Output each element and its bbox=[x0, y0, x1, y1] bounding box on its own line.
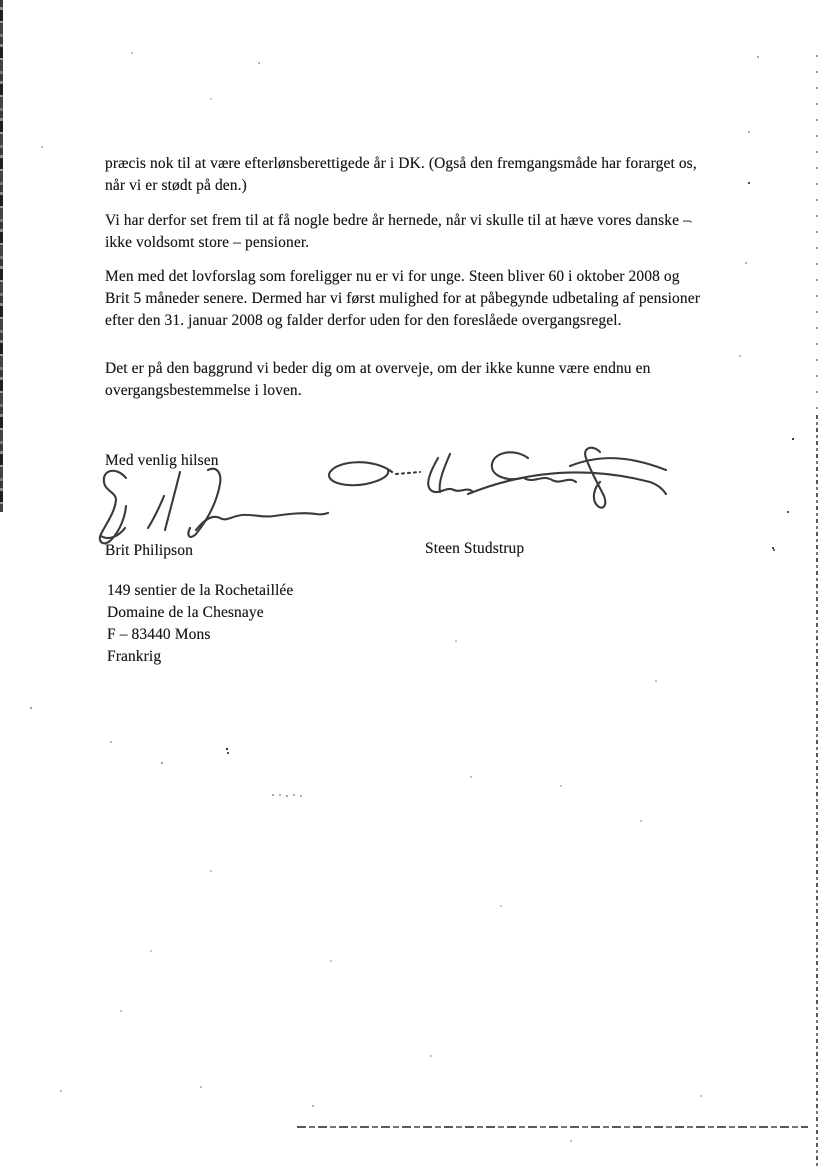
scan-artifact-bottom-dashed-line bbox=[297, 1126, 808, 1128]
paragraph-3-line-3: efter den 31. januar 2008 og falder derf… bbox=[105, 310, 700, 332]
sender-address: 149 sentier de la Rochetaillée Domaine d… bbox=[107, 580, 293, 668]
scan-noise-speckles bbox=[0, 0, 2, 2]
scan-artifact-left-edge bbox=[0, 0, 3, 512]
paragraph-2-line-1: Vi har derfor set frem til at få nogle b… bbox=[105, 210, 691, 232]
address-line-1: 149 sentier de la Rochetaillée bbox=[107, 580, 293, 602]
address-line-2: Domaine de la Chesnaye bbox=[107, 602, 293, 624]
paragraph-2-line-2: ikke voldsomt store – pensioner. bbox=[105, 232, 691, 254]
paragraph-4: Det er på den baggrund vi beder dig om a… bbox=[105, 358, 650, 402]
paragraph-3: Men med det lovforslag som foreligger nu… bbox=[105, 266, 700, 332]
signer-name-right: Steen Studstrup bbox=[425, 538, 524, 560]
address-line-3: F – 83440 Mons bbox=[107, 624, 293, 646]
paragraph-2: Vi har derfor set frem til at få nogle b… bbox=[105, 210, 691, 254]
paragraph-3-line-2: Brit 5 måneder senere. Dermed har vi før… bbox=[105, 288, 700, 310]
scan-artifact-right-dotted-line-top bbox=[816, 55, 818, 415]
scan-artifact-right-dotted-line-bottom bbox=[816, 415, 818, 1168]
paragraph-4-line-1: Det er på den baggrund vi beder dig om a… bbox=[105, 358, 650, 380]
paragraph-1-line-2: når vi er stødt på den.) bbox=[105, 175, 697, 197]
paragraph-1: præcis nok til at være efterlønsberettig… bbox=[105, 153, 697, 197]
paragraph-3-line-1: Men med det lovforslag som foreligger nu… bbox=[105, 266, 700, 288]
address-line-4: Frankrig bbox=[107, 646, 293, 668]
signature-steen-studstrup bbox=[318, 442, 668, 552]
paragraph-1-line-1: præcis nok til at være efterlønsberettig… bbox=[105, 153, 697, 175]
paragraph-4-line-2: overgangsbestemmelse i loven. bbox=[105, 380, 650, 402]
letter-page: præcis nok til at være efterlønsberettig… bbox=[0, 0, 825, 1168]
signer-name-left: Brit Philipson bbox=[105, 540, 193, 562]
